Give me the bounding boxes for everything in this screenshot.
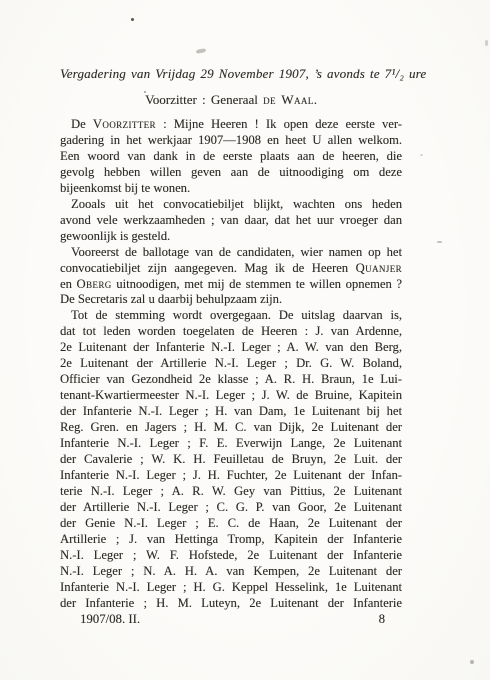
text-line: Een woord van dank in de eerste plaats a… (60, 149, 402, 165)
text-line: De Voorzitter : Mijne Heeren ! Ik open d… (60, 117, 402, 133)
page-footer: 1907/08. II. 8 (60, 612, 402, 627)
text-line: der Infanterie ; H. M. Luteyn, 2e Luiten… (60, 596, 402, 612)
scan-speck (131, 18, 134, 21)
text-line: gewoonlijk is gesteld. (60, 229, 402, 245)
text-line: N.-I. Leger ; N. A. H. A. van Kempen, 2e… (60, 564, 402, 580)
scan-speck (420, 154, 423, 156)
text-line: De Secretaris zal u daarbij behulpzaam z… (60, 292, 402, 308)
scan-speck (485, 40, 488, 46)
text-line: Vooreerst de ballotage van de candidaten… (60, 245, 402, 261)
text-line: Officier van Gezondheid 2e klasse ; A. R… (60, 372, 402, 388)
text-line: gevolg hebben willen geven aan de uitnoo… (60, 165, 402, 181)
text-line: Tot de stemming wordt overgegaan. De uit… (60, 308, 402, 324)
text-line: tenant-Kwartiermeester N.-I. Leger ; J. … (60, 388, 402, 404)
text-line: Infanterie N.-I. Leger ; J. H. Fuchter, … (60, 468, 402, 484)
text-line: der Genie N.-I. Leger ; E. C. de Haan, 2… (60, 516, 402, 532)
text-line: 2e Luitenant der Artillerie N.-I. Leger … (60, 356, 402, 372)
text-line: Infanterie N.-I. Leger ; H. G. Keppel He… (60, 580, 402, 596)
text-line: convocatiebiljet zijn aangegeven. Mag ik… (60, 261, 402, 277)
scan-speck (470, 660, 474, 664)
text-line: Infanterie N.-I. Leger ; F. E. Everwijn … (60, 436, 402, 452)
scan-speck (144, 91, 146, 93)
text-line: 2e Luitenant der Infanterie N.-I. Leger … (60, 340, 402, 356)
text-line: terie N.-I. Leger ; A. R. W. Gey van Pit… (60, 484, 402, 500)
text-line: dat tot leden worden toegelaten de Heere… (60, 324, 402, 340)
volume-signature: 1907/08. II. (80, 612, 140, 627)
session-heading: Vergadering van Vrijdag 29 November 1907… (60, 66, 402, 82)
chairman-line: Voorzitter : Generaal de Waal. (60, 92, 402, 108)
text-line: N.-I. Leger ; W. F. Hofstede, 2e Luitena… (60, 548, 402, 564)
body-text: De Voorzitter : Mijne Heeren ! Ik open d… (60, 117, 402, 612)
scanned-document-page: Vergadering van Vrijdag 29 November 1907… (0, 0, 490, 680)
text-line: en Oberg uitnoodigen, met mij de stemmen… (60, 277, 402, 293)
page-number: 8 (379, 612, 385, 627)
text-line: der Cavalerie ; W. K. H. Feuilletau de B… (60, 452, 402, 468)
text-line: Artillerie ; J. van Hettinga Tromp, Kapi… (60, 532, 402, 548)
text-line: bijeenkomst bij te wonen. (60, 181, 402, 197)
text-line: Zooals uit het convocatiebiljet blijkt, … (60, 197, 402, 213)
text-line: der Artillerie N.-I. Leger ; C. G. P. va… (60, 500, 402, 516)
scan-speck (196, 48, 207, 54)
scan-speck (437, 241, 442, 243)
text-line: der Infanterie N.-I. Leger ; H. van Dam,… (60, 404, 402, 420)
text-line: Reg. Gren. en Jagers ; H. M. C. van Dijk… (60, 420, 402, 436)
text-line: gadering in het werkjaar 1907—1908 en he… (60, 133, 402, 149)
text-line: avond vele werkzaamheden ; van daar, dat… (60, 213, 402, 229)
